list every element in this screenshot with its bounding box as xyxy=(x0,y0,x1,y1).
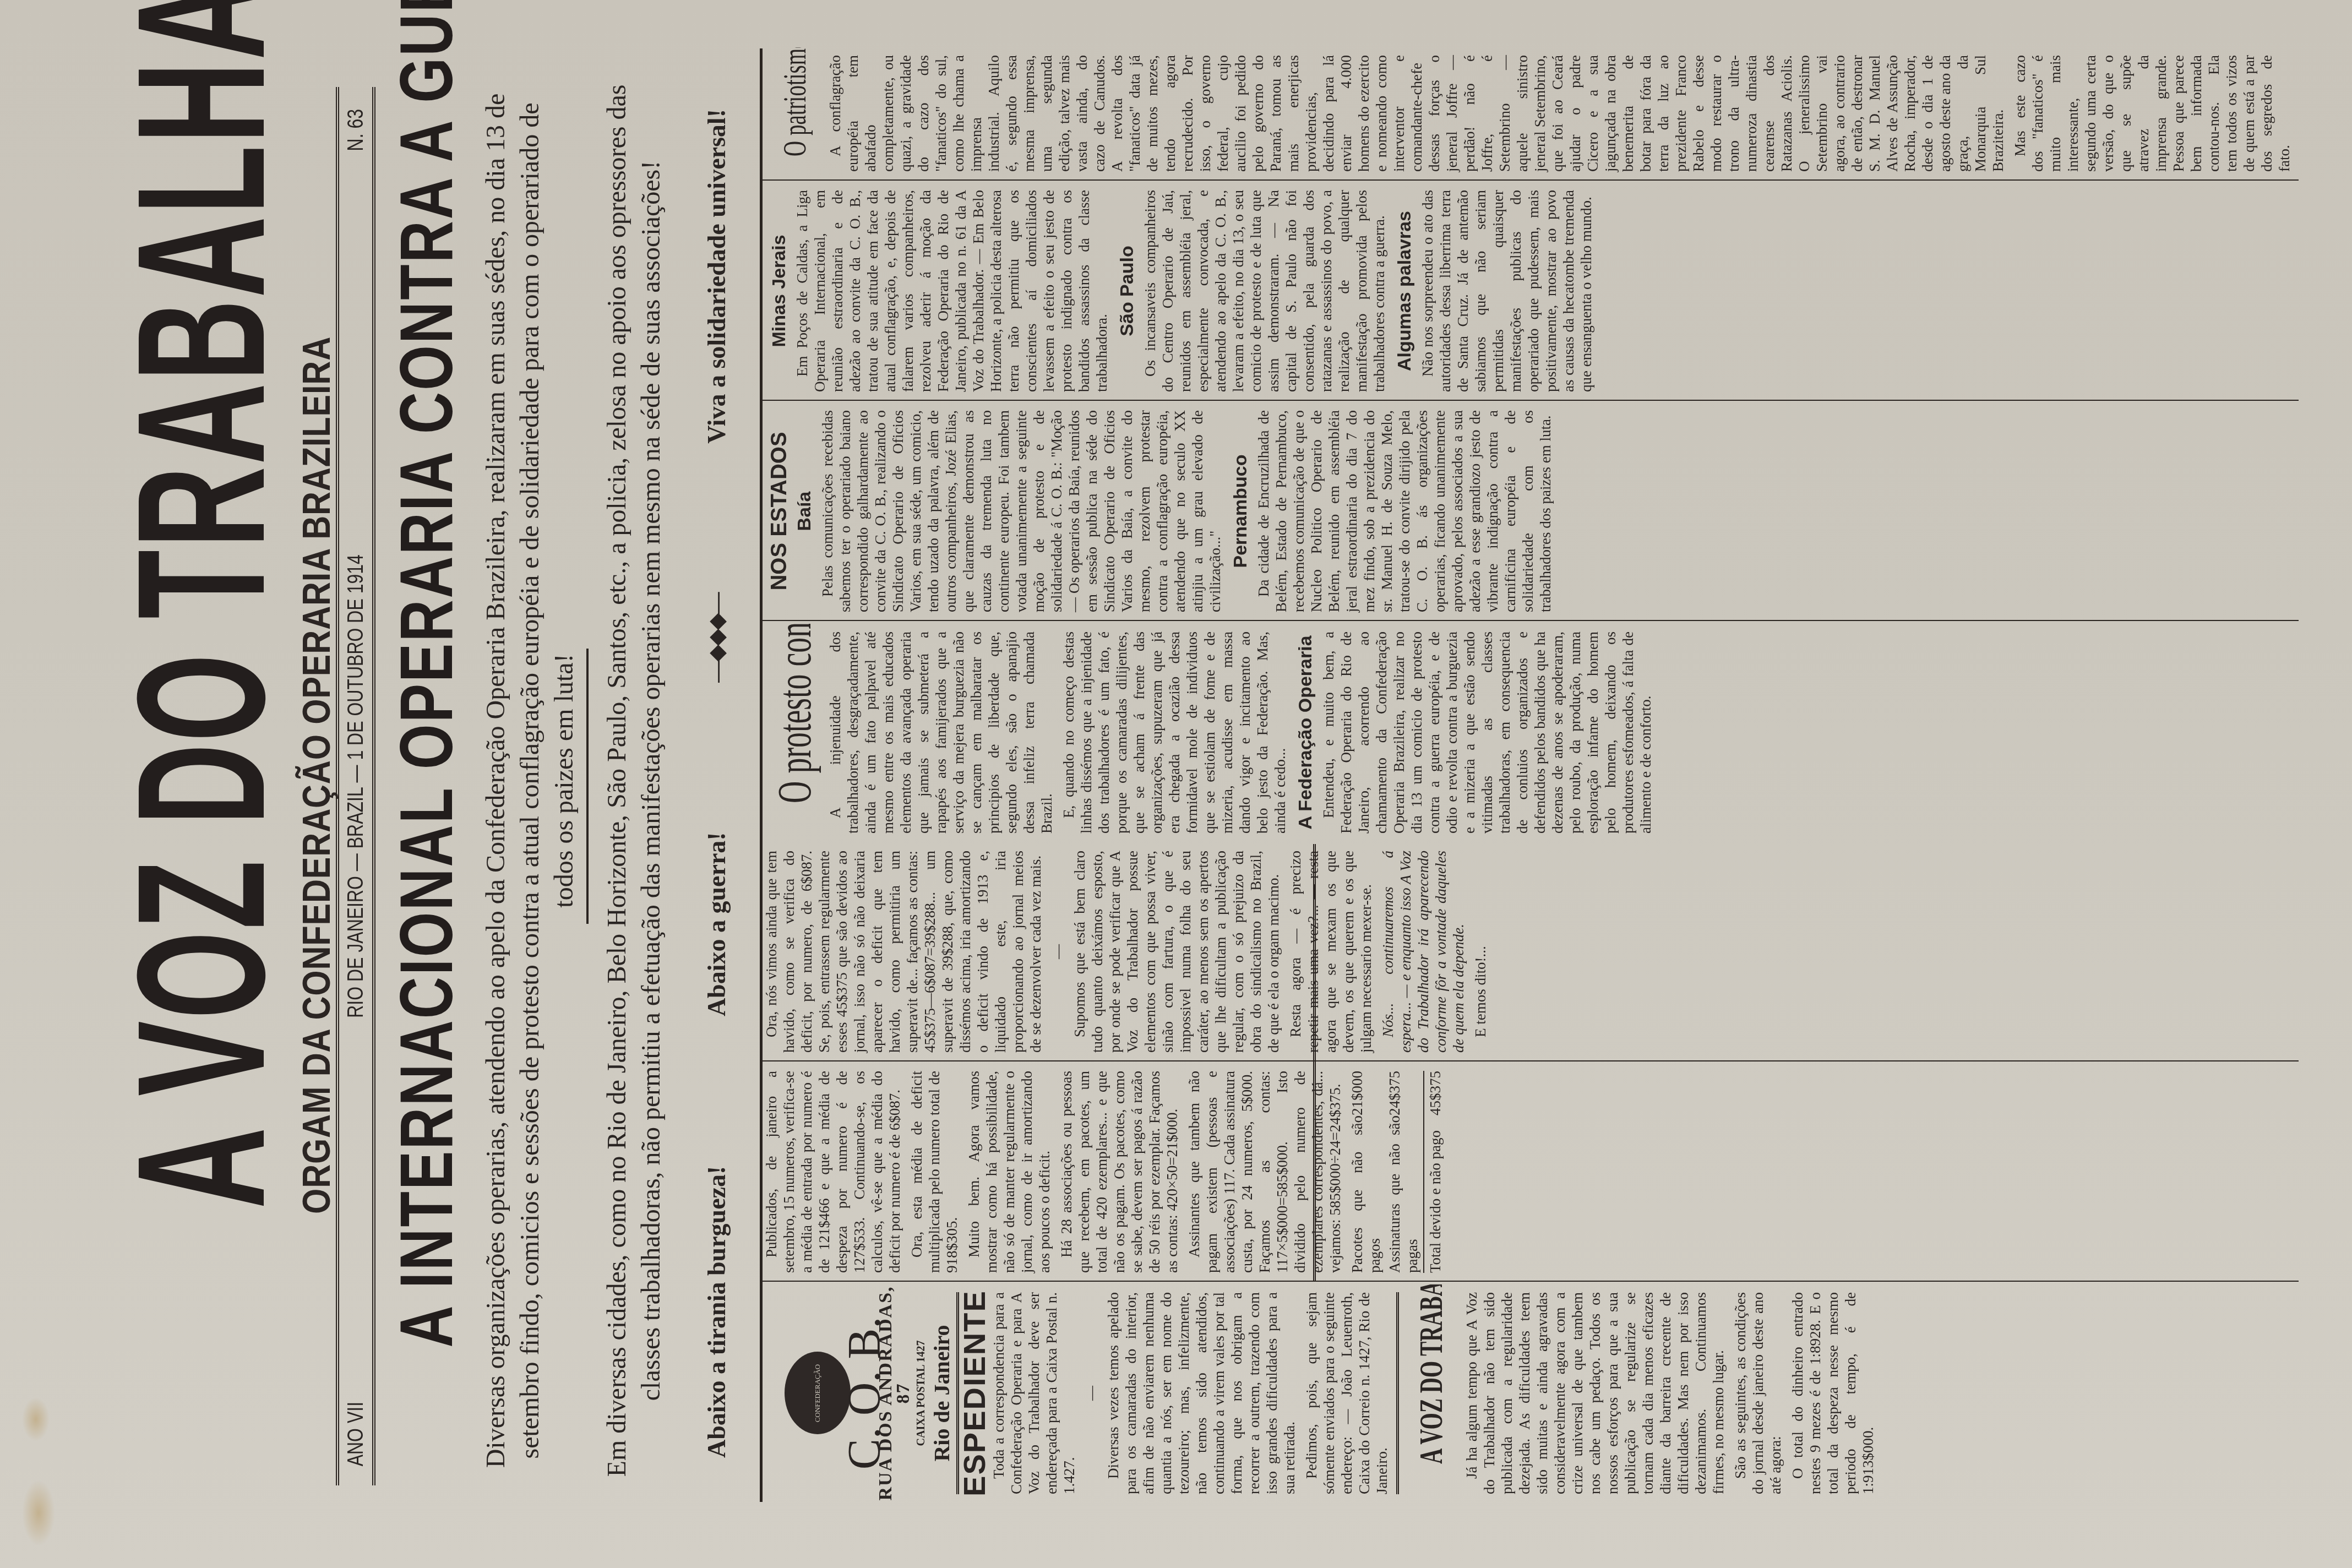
accounts-subscribers: Assinantes que tambem não pagam existem … xyxy=(1185,1071,1344,1273)
newspaper-subtitle: ORGAM DA CONFEDERAÇÃO OPERARIA BRAZILEIR… xyxy=(295,181,339,1370)
cob-address: RUA DOS ANDRADAS, 87 xyxy=(877,1284,912,1502)
column-patriotismo: O patriotismo deles... A conflagração eu… xyxy=(763,47,2299,181)
state-paragraph: Em Poços de Caldas, a Liga Operaria Inte… xyxy=(793,190,1110,392)
accounts-conclusion: Ora, nós vimos ainda que tem havido, com… xyxy=(763,851,1044,1053)
state-paragraph: Os incansaveis companheiros do Centro Op… xyxy=(1141,190,1388,392)
protesto-paragraph: E, quando no começo destas linhas dissém… xyxy=(1060,631,1289,834)
cob-city: Rio de Janeiro xyxy=(933,1284,951,1502)
accounts-closing: Nós... continuaremos á espera... — e enq… xyxy=(1379,851,1467,1053)
protesto-heading: O protesto contra a burguezia xyxy=(768,662,821,803)
ornament-icon: —◆◆◆— xyxy=(704,593,729,682)
column-states-cont: Minas Jerais Em Poços de Caldas, a Liga … xyxy=(763,182,2299,401)
state-paragraph: Da cidade de Encruzilhada de Belém, Esta… xyxy=(1255,410,1554,612)
patriotismo-paragraph: A conflagração européia tem abafado comp… xyxy=(826,55,2007,172)
state-paragraph: Pelas comunicações recebidas sabemos ter… xyxy=(819,410,1224,612)
year-label: ANO VII xyxy=(339,1402,372,1466)
account-value: 24$375 xyxy=(1386,1071,1421,1115)
state-heading: São Paulo xyxy=(1118,182,1136,400)
column-nos-estados: NOS ESTADOS Baía Pelas comunicações rece… xyxy=(763,402,2299,621)
nos-estados-heading: NOS ESTADOS xyxy=(770,402,788,620)
column-protesto: O protesto contra a burguezia A injenuid… xyxy=(763,624,2299,841)
column-accounts: Publicados, de janeiro a setembro, 15 nu… xyxy=(763,1063,2299,1282)
column-accounts-cont: Ora, nós vimos ainda que tem havido, com… xyxy=(763,843,2299,1061)
accounts-closing: Supomos que está bem claro tudo quanto d… xyxy=(1071,851,1282,1053)
slogan-right: Viva a solidariedade universal! xyxy=(702,109,731,444)
divider xyxy=(586,649,589,924)
patriotismo-paragraph: Mas este cazo dos "fanaticos" é muito ma… xyxy=(2011,55,2293,172)
account-row: Pacotes que não são pagos21$000 xyxy=(1348,1071,1384,1273)
voz-paragraph: Já ha algum tempo que A Voz do Trabalhad… xyxy=(1463,1292,1727,1494)
accounts-closing: Resta agora — é precizo repetir mais uma… xyxy=(1287,851,1375,1053)
account-row: Total devido e não pago45$375 xyxy=(1423,1071,1444,1273)
slogan-middle: Abaixo a guerra! xyxy=(702,832,731,1016)
lead-paragraph: Diversas organizações operarias, atenden… xyxy=(479,81,581,1480)
state-paragraph: Não nos sorpreendeu o ato das autoridade… xyxy=(1419,190,1595,392)
voz-paragraph: São as seguintes, as condições do jornal… xyxy=(1732,1292,1784,1494)
separator: — xyxy=(1049,851,1066,1053)
slogan-left: Abaixo a tirania burgueza! xyxy=(702,1166,731,1458)
state-heading: Minas Jerais xyxy=(770,182,788,400)
patriotismo-heading: O patriotismo deles... xyxy=(768,70,821,156)
article-columns: CONFEDERAÇÃO OPERARIA BRAZILEIRA C. O. B… xyxy=(760,48,2326,1502)
divider xyxy=(1396,1292,1399,1494)
newspaper-page: A VOZ DO TRABALHADOR ORGAM DA CONFEDERAÇ… xyxy=(0,0,2352,1568)
issue-number: N. 63 xyxy=(339,109,372,151)
column-cob: CONFEDERAÇÃO OPERARIA BRAZILEIRA C. O. B… xyxy=(763,1284,2299,1502)
main-headline: A INTERNACIONAL OPERARIA CONTRA A GUERRA… xyxy=(385,214,468,1347)
federacao-heading: A Federação Operaria xyxy=(1297,624,1314,841)
account-label: Pacotes que não são pagos xyxy=(1348,1115,1384,1273)
divider xyxy=(1313,844,1316,1282)
account-value: 21$000 xyxy=(1348,1071,1384,1115)
newspaper-title: A VOZ DO TRABALHADOR xyxy=(110,342,292,1209)
masthead: A VOZ DO TRABALHADOR ORGAM DA CONFEDERAÇ… xyxy=(77,76,336,1474)
cob-po-box: CAIXA POSTAL 1427 xyxy=(912,1284,930,1502)
federacao-paragraph: Entendeu, e muito bem, a Federação Opera… xyxy=(1320,631,1654,834)
expediente-paragraph: Diversas vezes temos apelado para os cam… xyxy=(1104,1292,1298,1494)
accounts-closing: E temos dito!... xyxy=(1472,851,1489,1053)
slogan-line: Abaixo a tirania burgueza! Abaixo a guer… xyxy=(702,109,731,1458)
expediente-paragraph: Toda a correspondencia para a Confederaç… xyxy=(990,1292,1078,1494)
protesto-paragraph: A injenuidade dos trabalhadores, desgraç… xyxy=(826,631,1055,834)
voz-paragraph: Ora, esta média de deficit multiplicada … xyxy=(908,1071,961,1273)
account-label: Assinaturas que não são pagas xyxy=(1386,1115,1421,1273)
lead-paragraph: Em diversas cidades, como no Rio de Jane… xyxy=(600,81,668,1480)
voz-paragraph: Muito bem. Agora vamos mostrar como há p… xyxy=(965,1071,1053,1273)
accounts-intro: Há 28 associações ou pessoas que recebem… xyxy=(1058,1071,1181,1273)
state-heading: Baía xyxy=(796,402,813,620)
account-label: Total devido e não pago xyxy=(1427,1130,1444,1273)
account-value: 45$375 xyxy=(1427,1071,1444,1115)
paper-stain xyxy=(22,1397,50,1441)
state-heading: Algumas palavras xyxy=(1396,182,1413,400)
dateline: ANO VII RIO DE JANEIRO — BRAZIL — 1 DE O… xyxy=(336,87,375,1485)
cob-name: C. O. B. xyxy=(856,1284,874,1502)
expediente-heading: ESPEDIENTE xyxy=(966,1284,983,1502)
account-row: Assinaturas que não são pagas24$375 xyxy=(1386,1071,1421,1273)
paper-stain xyxy=(22,1480,55,1546)
voz-paragraph: Publicados, de janeiro a setembro, 15 nu… xyxy=(763,1071,903,1273)
separator: — xyxy=(1082,1292,1100,1494)
voz-article-heading: A VOZ DO TRABALHADOR xyxy=(1404,1322,1457,1464)
place-date: RIO DE JANEIRO — BRAZIL — 1 DE OUTUBRO D… xyxy=(339,227,372,1346)
state-heading: Pernambuco xyxy=(1232,402,1249,620)
voz-paragraph: O total do dinheiro entrado nestes 9 mez… xyxy=(1789,1292,1877,1494)
expediente-paragraph: Pedimos, pois, que sejam sómente enviado… xyxy=(1303,1292,1391,1494)
